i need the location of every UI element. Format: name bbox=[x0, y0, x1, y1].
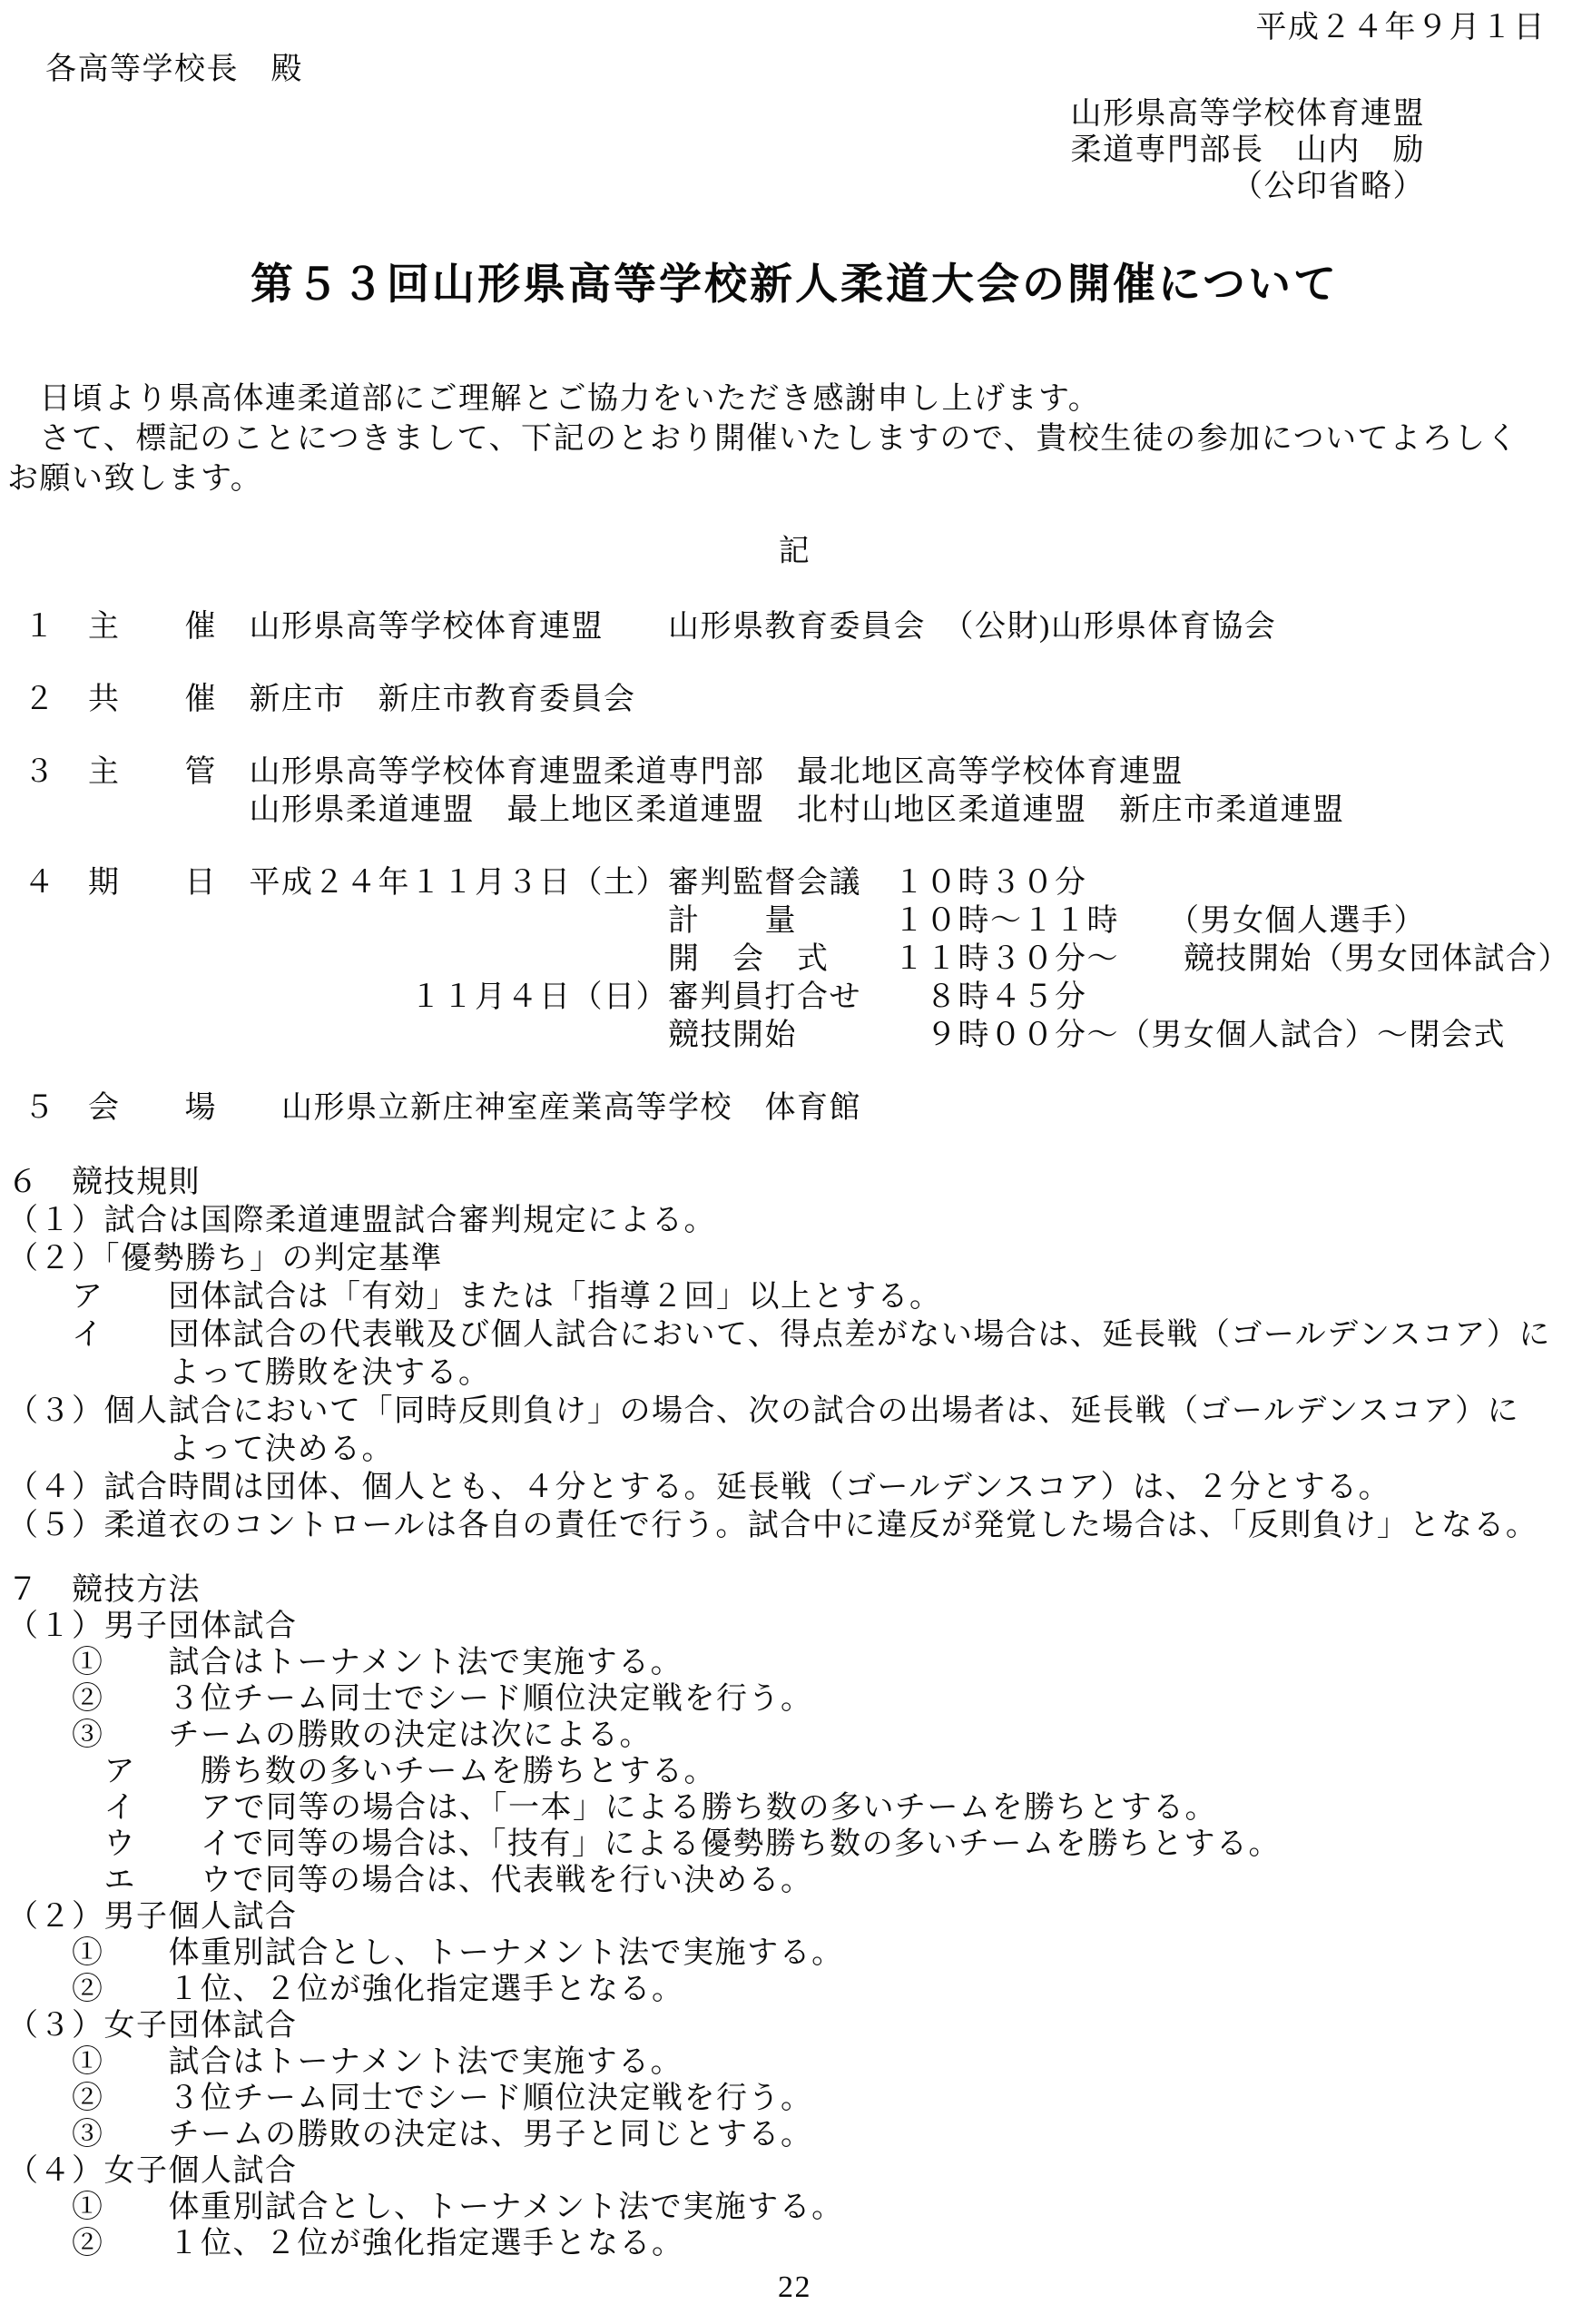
sender-person: 柔道専門部長 山内 励 bbox=[1071, 133, 1426, 169]
rules-line: イ 団体試合の代表戦及び個人試合において、得点差がない場合は、延長戦（ゴールデン… bbox=[7, 1316, 1582, 1354]
section-7-methods: ７ 競技方法 （１）男子団体試合 ① 試合はトーナメント法で実施する。 ② ３位… bbox=[7, 1572, 1582, 2262]
item-1-host: １ 主 催 山形県高等学校体育連盟 山形県教育委員会 （公財)山形県体育協会 bbox=[24, 608, 1582, 646]
greeting-paragraph: 日頃より県高体連柔道部にご理解とご協力をいただき感謝申し上げます。 さて、標記の… bbox=[7, 379, 1582, 499]
greeting-line: さて、標記のことにつきまして、下記のとおり開催いたしますので、貴校生徒の参加につ… bbox=[7, 419, 1582, 459]
record-marker: 記 bbox=[7, 532, 1582, 572]
item-4-schedule-day2-start: 競技開始 ９時００分～（男女個人試合）～閉会式 bbox=[24, 1017, 1582, 1055]
document-title: 第５３回山形県高等学校新人柔道大会の開催について bbox=[7, 256, 1582, 314]
greeting-line: 日頃より県高体連柔道部にご理解とご協力をいただき感謝申し上げます。 bbox=[7, 379, 1582, 419]
methods-heading: ７ 競技方法 bbox=[7, 1572, 1582, 1609]
issue-date: 平成２４年９月１日 bbox=[7, 9, 1582, 47]
rules-line: （２）「優勢勝ち」の判定基準 bbox=[7, 1240, 1582, 1278]
item-4-schedule-day1-meeting: ４ 期 日 平成２４年１１月３日（土）審判監督会議 １０時３０分 bbox=[24, 864, 1582, 902]
item-4-schedule-opening: 開 会 式 １１時３０分～ 競技開始（男女団体試合） bbox=[24, 940, 1582, 979]
item-3-management: ３ 主 管 山形県高等学校体育連盟柔道専門部 最北地区高等学校体育連盟 bbox=[24, 753, 1582, 792]
methods-line: （２）男子個人試合 bbox=[7, 1899, 1582, 1935]
seal-omitted-note: （公印省略） bbox=[1071, 169, 1426, 205]
greeting-line: お願い致します。 bbox=[7, 459, 1582, 499]
section-6-rules: ６ 競技規則 （１）試合は国際柔道連盟試合審判規定による。 （２）「優勢勝ち」の… bbox=[7, 1164, 1582, 1545]
rules-heading: ６ 競技規則 bbox=[7, 1164, 1582, 1202]
sender-inner: 山形県高等学校体育連盟 柔道専門部長 山内 励 （公印省略） bbox=[1071, 96, 1426, 205]
item-3-management-continued: 山形県柔道連盟 最上地区柔道連盟 北村山地区柔道連盟 新庄市柔道連盟 bbox=[24, 792, 1582, 830]
document-page: 平成２４年９月１日 各高等学校長 殿 山形県高等学校体育連盟 柔道専門部長 山内… bbox=[0, 0, 1582, 2324]
item-4-schedule-weighin: 計 量 １０時～１１時 （男女個人選手） bbox=[24, 902, 1582, 940]
methods-line: ① 試合はトーナメント法で実施する。 bbox=[7, 1645, 1582, 1681]
addressee: 各高等学校長 殿 bbox=[45, 51, 1582, 89]
rules-line: （３）個人試合において「同時反則負け」の場合、次の試合の出場者は、延長戦（ゴール… bbox=[7, 1393, 1582, 1431]
rules-line: （５）柔道衣のコントロールは各自の責任で行う。試合中に違反が発覚した場合は、「反… bbox=[7, 1507, 1582, 1545]
rules-line: （１）試合は国際柔道連盟試合審判規定による。 bbox=[7, 1202, 1582, 1240]
rules-line-continued: よって決める。 bbox=[7, 1431, 1582, 1469]
rules-line: ア 団体試合は「有効」または「指導２回」以上とする。 bbox=[7, 1278, 1582, 1316]
item-4-schedule-day2-meeting: １１月４日（日）審判員打合せ ８時４５分 bbox=[24, 979, 1582, 1017]
numbered-items: １ 主 催 山形県高等学校体育連盟 山形県教育委員会 （公財)山形県体育協会 ２… bbox=[7, 608, 1582, 1128]
sender-block: 山形県高等学校体育連盟 柔道専門部長 山内 励 （公印省略） bbox=[7, 96, 1582, 205]
item-2-cohost: ２ 共 催 新庄市 新庄市教育委員会 bbox=[24, 681, 1582, 719]
rules-line: （４）試合時間は団体、個人とも、４分とする。延長戦（ゴールデンスコア）は、２分と… bbox=[7, 1469, 1582, 1507]
methods-line: ① 体重別試合とし、トーナメント法で実施する。 bbox=[7, 1935, 1582, 1972]
item-5-venue: ５ 会 場 山形県立新庄神室産業高等学校 体育館 bbox=[24, 1089, 1582, 1128]
methods-line: イ アで同等の場合は、「一本」による勝ち数の多いチームを勝ちとする。 bbox=[7, 1790, 1582, 1827]
methods-line: ③ チームの勝敗の決定は、男子と同じとする。 bbox=[7, 2117, 1582, 2153]
page-number: 22 bbox=[7, 2270, 1582, 2306]
methods-line: （４）女子個人試合 bbox=[7, 2153, 1582, 2190]
methods-line: ウ イで同等の場合は、「技有」による優勢勝ち数の多いチームを勝ちとする。 bbox=[7, 1827, 1582, 1863]
rules-line-continued: よって勝敗を決する。 bbox=[7, 1354, 1582, 1393]
methods-line: ③ チームの勝敗の決定は次による。 bbox=[7, 1718, 1582, 1754]
methods-line: ア 勝ち数の多いチームを勝ちとする。 bbox=[7, 1754, 1582, 1790]
methods-line: ② ３位チーム同士でシード順位決定戦を行う。 bbox=[7, 1681, 1582, 1718]
sender-organization: 山形県高等学校体育連盟 bbox=[1071, 96, 1426, 133]
methods-line: ① 体重別試合とし、トーナメント法で実施する。 bbox=[7, 2190, 1582, 2226]
methods-line: ② １位、２位が強化指定選手となる。 bbox=[7, 1972, 1582, 2008]
methods-line: （３）女子団体試合 bbox=[7, 2008, 1582, 2044]
methods-line: ② ３位チーム同士でシード順位決定戦を行う。 bbox=[7, 2081, 1582, 2117]
methods-line: ① 試合はトーナメント法で実施する。 bbox=[7, 2044, 1582, 2081]
methods-line: ② １位、２位が強化指定選手となる。 bbox=[7, 2226, 1582, 2262]
methods-line: エ ウで同等の場合は、代表戦を行い決める。 bbox=[7, 1863, 1582, 1899]
methods-line: （１）男子団体試合 bbox=[7, 1609, 1582, 1645]
